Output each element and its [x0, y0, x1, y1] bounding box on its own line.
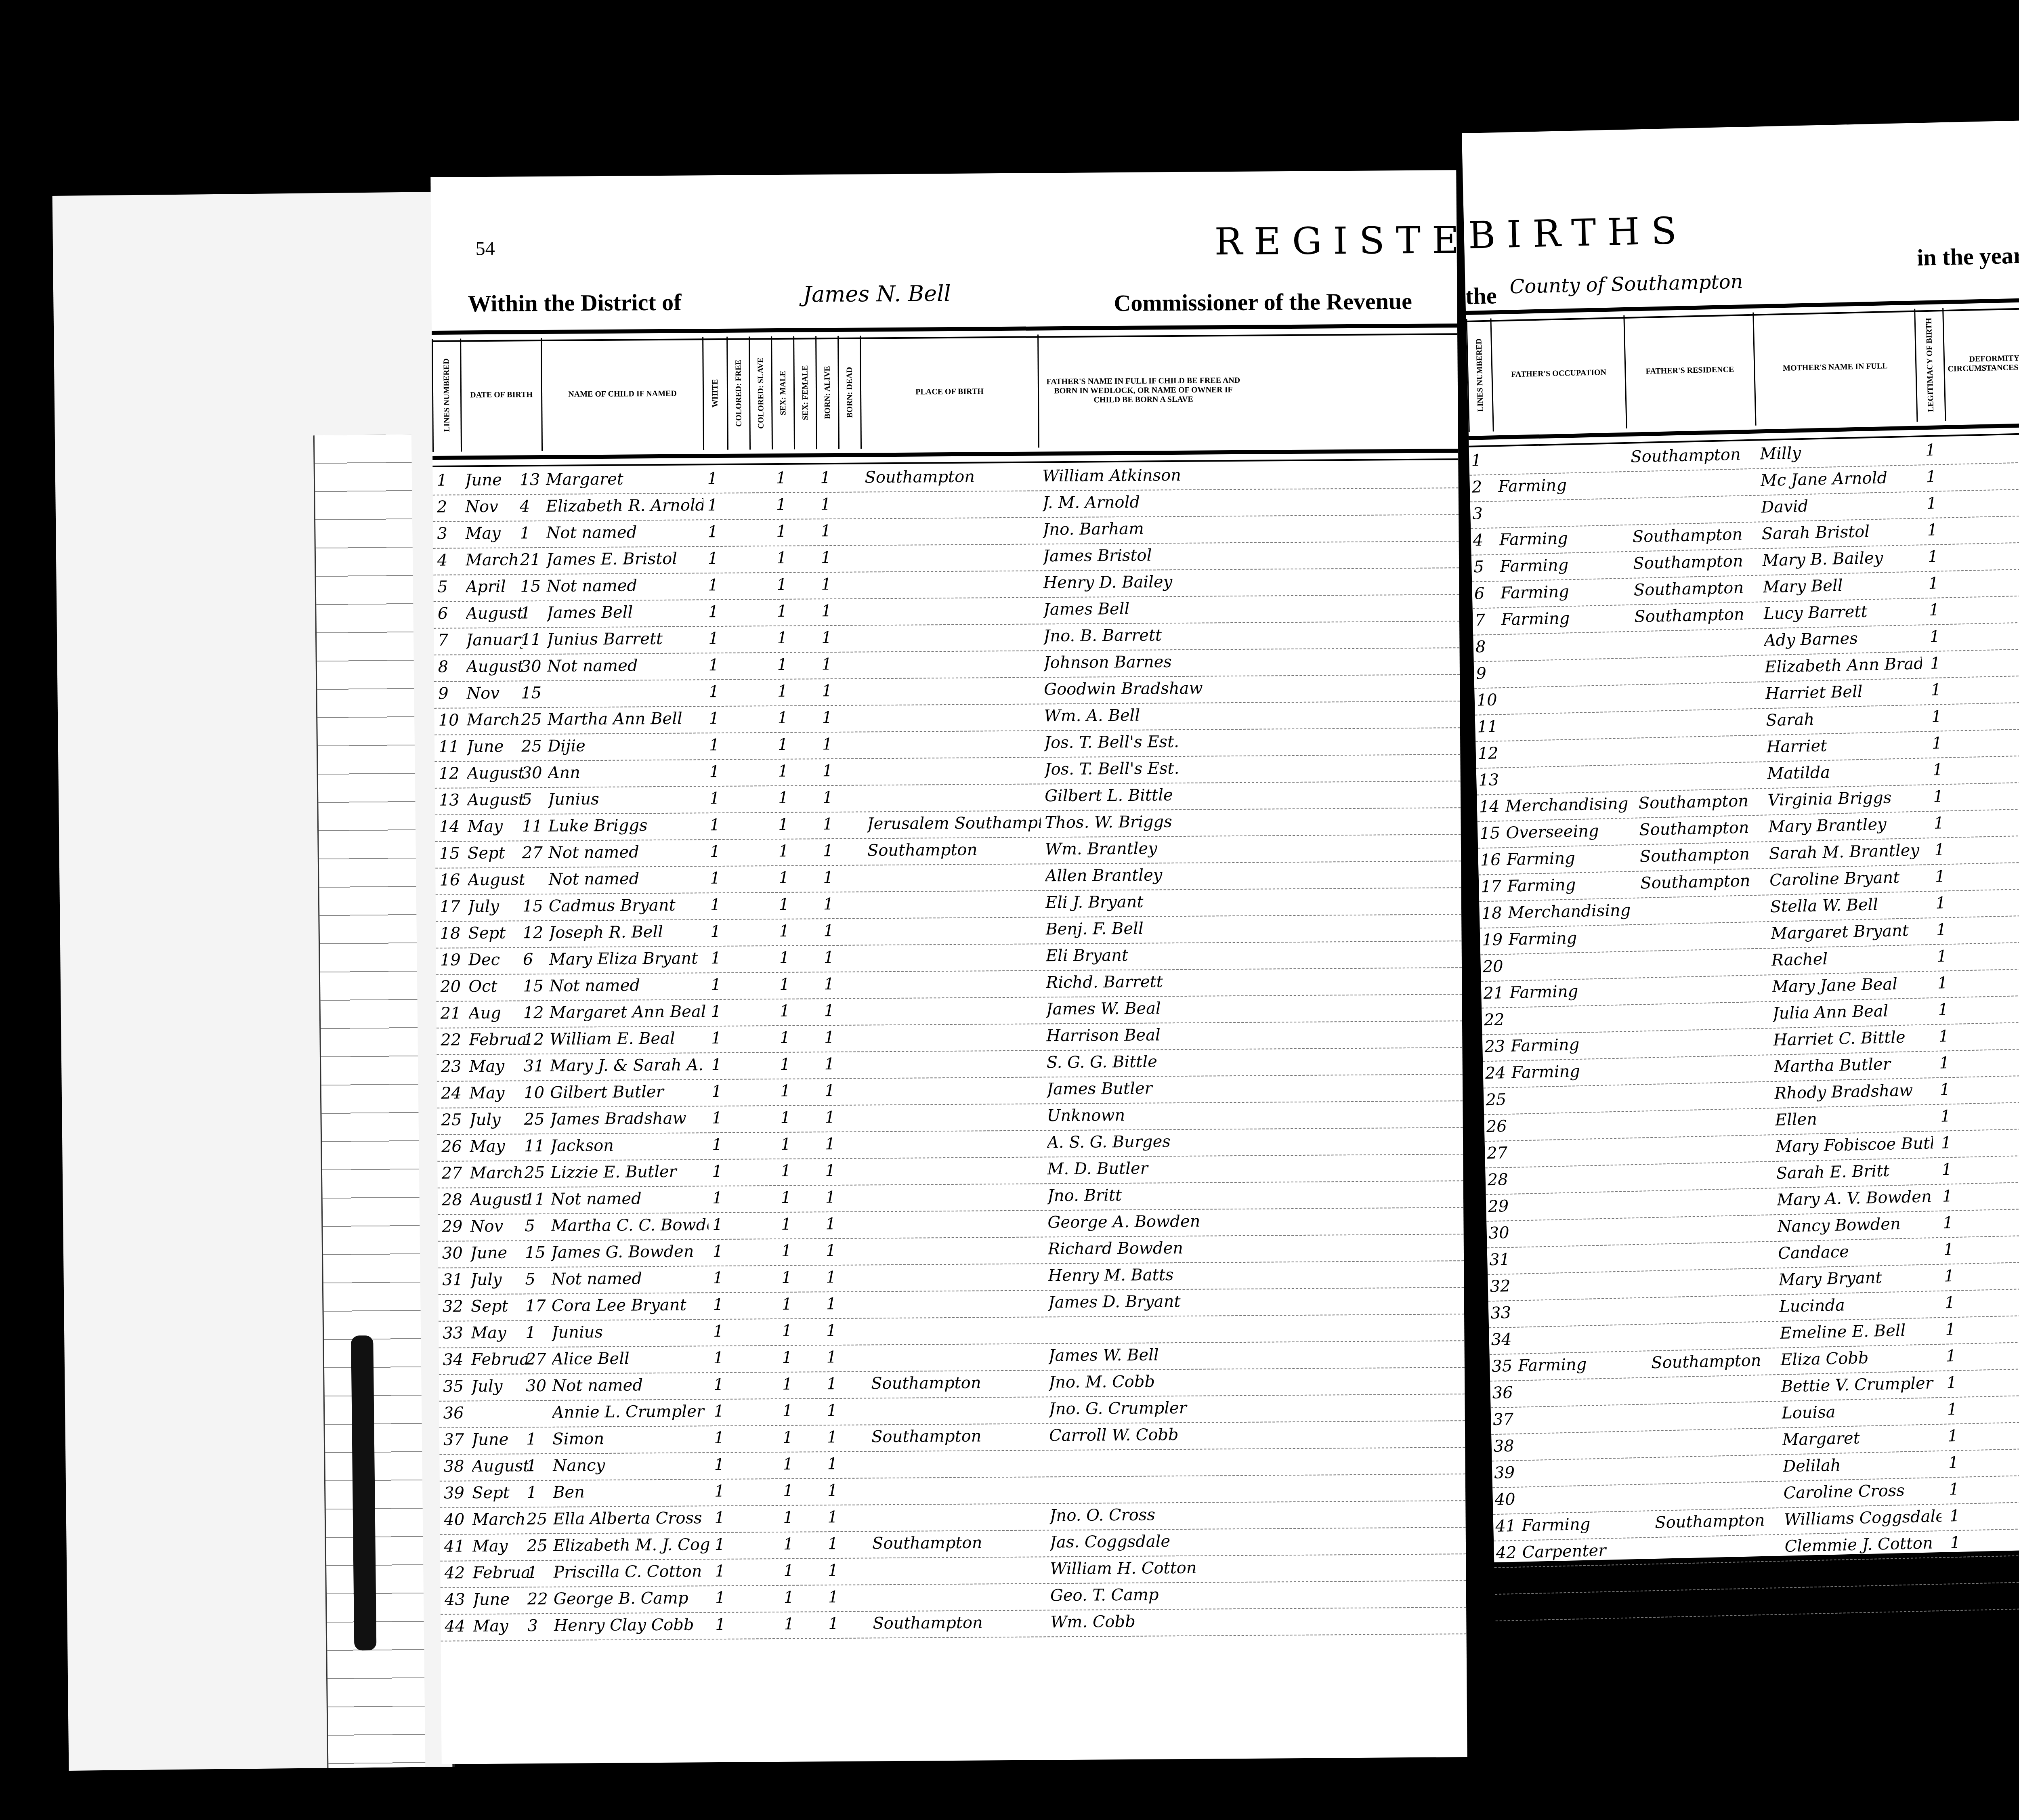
place-of-birth	[869, 1160, 1043, 1161]
sex-tally: 1	[781, 1188, 797, 1207]
white-tally: 1	[715, 1589, 731, 1607]
place-of-birth	[869, 1106, 1043, 1108]
sex-tally: 1	[776, 495, 792, 514]
child-name: Dijie	[548, 736, 705, 756]
birth-month: May	[469, 1083, 526, 1102]
father-occupation	[1512, 1087, 1641, 1090]
born-alive-tally: 1	[828, 1588, 844, 1606]
white-tally: 1	[711, 949, 727, 968]
line-number: 25	[1486, 1090, 1508, 1109]
born-alive-tally: 1	[825, 1055, 841, 1073]
line-number: 42	[444, 1564, 468, 1582]
right-col-5: Deformity or any Circumstances of Intere…	[1942, 305, 2019, 421]
white-tally: 1	[709, 709, 725, 728]
legitimacy-tally: 1	[1926, 467, 1942, 486]
left-page-number: 54	[475, 237, 495, 260]
legitimacy-tally: 1	[1925, 441, 1942, 460]
father-residence	[1643, 978, 1768, 980]
white-tally: 1	[708, 602, 724, 621]
father-residence	[1653, 1431, 1778, 1434]
birth-month: August	[472, 1457, 528, 1476]
father-or-owner: Wm. Brantley	[1045, 839, 1247, 859]
column-header-label: Colored: Slave	[756, 357, 766, 429]
sex-tally: 1	[779, 975, 795, 994]
father-or-owner	[1049, 1478, 1251, 1480]
place-of-birth	[867, 707, 1040, 708]
line-number: 29	[442, 1217, 466, 1236]
child-name: Gilbert Butler	[550, 1082, 707, 1102]
father-occupation: Farming	[1509, 981, 1639, 1002]
sex-tally: 1	[777, 549, 793, 567]
line-number: 31	[1489, 1250, 1512, 1269]
child-name: Margaret Ann Beal	[550, 1002, 707, 1022]
birth-day: 30	[526, 1377, 548, 1395]
birth-month: May	[472, 1537, 529, 1556]
father-or-owner: James Butler	[1047, 1079, 1249, 1098]
mother-name: Bettie V. Crumpler	[1781, 1374, 1939, 1396]
child-name: James Bradshaw	[550, 1109, 707, 1129]
place-of-birth	[867, 867, 1041, 868]
father-occupation	[1501, 634, 1631, 637]
father-occupation: Carpenter	[1522, 1540, 1652, 1562]
mother-name: Harriet Bell	[1765, 681, 1923, 703]
line-number: 38	[443, 1457, 468, 1476]
white-tally: 1	[714, 1429, 730, 1447]
white-tally: 1	[710, 896, 726, 914]
line-number: 19	[1482, 930, 1505, 949]
mother-name: Nancy Bowden	[1777, 1214, 1935, 1236]
place-of-birth	[865, 547, 1039, 548]
father-residence	[1646, 1138, 1771, 1140]
white-tally: 1	[712, 1136, 728, 1154]
line-number: 42	[1496, 1543, 1518, 1562]
birth-day: 5	[522, 790, 544, 809]
child-name: Jackson	[550, 1136, 708, 1155]
place-of-birth	[869, 1133, 1043, 1134]
legitimacy-tally: 1	[1929, 627, 1946, 646]
place-of-birth	[865, 493, 1039, 495]
legitimacy-tally: 1	[1943, 1240, 1960, 1259]
place-of-birth	[866, 653, 1040, 655]
white-tally: 1	[714, 1482, 730, 1501]
father-or-owner: Jno. O. Cross	[1049, 1505, 1251, 1525]
father-or-owner: S. G. G. Bittle	[1046, 1052, 1248, 1072]
father-or-owner: M. D. Butler	[1047, 1159, 1249, 1178]
father-residence: Southampton	[1639, 818, 1765, 839]
birth-month: Sept	[468, 924, 525, 943]
born-alive-tally: 1	[825, 1108, 841, 1127]
sex-tally: 1	[781, 1162, 797, 1180]
legitimacy-tally: 1	[1944, 1267, 1960, 1286]
birth-day: 12	[523, 1003, 546, 1022]
birth-day: 10	[524, 1083, 546, 1102]
birth-day: 12	[523, 1030, 546, 1049]
mother-name: Caroline Cross	[1783, 1480, 1941, 1503]
column-header-label: Father's Residence	[1645, 365, 1734, 376]
line-number: 19	[440, 951, 464, 969]
sex-tally: 1	[781, 1242, 798, 1260]
line-number: 4	[437, 551, 462, 569]
place-of-birth	[872, 1560, 1046, 1561]
born-alive-tally: 1	[824, 975, 840, 993]
father-occupation	[1516, 1274, 1645, 1276]
line-number: 35	[443, 1377, 467, 1396]
born-alive-tally: 1	[823, 788, 839, 807]
mother-name: Eliza Cobb	[1780, 1347, 1938, 1369]
father-occupation	[1515, 1247, 1645, 1250]
father-occupation	[1499, 501, 1628, 504]
place-of-birth	[872, 1480, 1045, 1481]
place-of-birth: Southampton	[871, 1426, 1045, 1446]
born-alive-tally: 1	[821, 522, 837, 540]
father-occupation	[1512, 1114, 1641, 1117]
mother-name: Mary Jane Beal	[1772, 974, 1930, 996]
child-name: Priscilla C. Cotton	[553, 1562, 711, 1582]
sex-tally: 1	[781, 1135, 797, 1154]
father-or-owner	[1049, 1452, 1251, 1453]
birth-month: May	[469, 1057, 526, 1076]
mother-name: Mary Bell	[1763, 575, 1920, 597]
birth-month: August	[468, 870, 524, 889]
legitimacy-tally: 1	[1935, 894, 1952, 913]
sex-tally: 1	[783, 1402, 799, 1420]
child-name: Luke Briggs	[548, 816, 705, 835]
father-or-owner: Jno. M. Cobb	[1049, 1372, 1251, 1392]
father-residence	[1641, 898, 1766, 901]
line-number: 32	[443, 1297, 467, 1316]
father-occupation: Farming	[1523, 1593, 1653, 1615]
column-header-label: Deformity or any Circumstances of Intere…	[1946, 353, 2019, 374]
column-header-label: Born: Alive	[823, 366, 832, 419]
child-name: Cadmus Bryant	[549, 896, 706, 915]
child-name: Not named	[547, 656, 705, 676]
place-of-birth	[866, 627, 1039, 628]
father-occupation	[1502, 661, 1631, 664]
line-number: 8	[1475, 637, 1498, 656]
white-tally: 1	[712, 1189, 728, 1207]
line-number: 6	[438, 604, 462, 623]
birth-month: March	[467, 710, 523, 729]
sex-tally: 1	[780, 1108, 796, 1127]
left-col-11: Father's Name in full if Child be free a…	[1037, 333, 1248, 448]
father-occupation: Farming	[1522, 1514, 1651, 1535]
legitimacy-tally: 1	[1939, 1054, 1956, 1073]
father-residence	[1652, 1404, 1778, 1407]
child-name: Mary J. & Sarah A. Bittle	[550, 1056, 707, 1075]
born-alive-tally: 1	[822, 708, 838, 727]
place-of-birth: Southampton	[867, 840, 1041, 860]
father-residence	[1654, 1484, 1779, 1487]
white-tally: 1	[708, 549, 724, 568]
line-number: 7	[438, 631, 462, 649]
white-tally: 1	[707, 523, 724, 541]
line-number: 33	[443, 1324, 467, 1342]
child-name: Alice Bell	[552, 1349, 709, 1369]
father-occupation: Farming	[1511, 1034, 1640, 1056]
commissioner-label: Commissioner of the Revenue	[1114, 288, 1412, 317]
binding-clip	[351, 1335, 376, 1651]
child-name: Simon	[552, 1429, 710, 1448]
birth-day: 25	[521, 737, 544, 756]
child-name: Junius	[548, 789, 705, 809]
line-number: 28	[442, 1190, 466, 1209]
mother-name: David	[1761, 495, 1919, 517]
line-number: 26	[1486, 1117, 1509, 1136]
father-residence	[1654, 1457, 1779, 1460]
sex-tally: 1	[777, 655, 793, 674]
father-residence	[1647, 1164, 1772, 1167]
left-col-2: Name of Child if Named	[541, 337, 703, 451]
birth-day: 1	[527, 1483, 549, 1502]
sex-tally: 1	[781, 1215, 797, 1234]
legitimacy-tally: 1	[1929, 600, 1946, 619]
line-number: 11	[1477, 717, 1500, 736]
legitimacy-tally: 1	[1940, 1080, 1956, 1099]
line-number: 37	[443, 1430, 468, 1449]
district-label: Within the District of	[468, 289, 681, 317]
birth-day: 1	[527, 1563, 549, 1582]
line-number: 34	[1491, 1330, 1513, 1349]
place-of-birth	[868, 920, 1041, 921]
line-number: 26	[441, 1137, 466, 1156]
father-occupation	[1505, 768, 1634, 770]
father-residence	[1632, 498, 1757, 501]
column-header-label: Date of Birth	[470, 390, 533, 400]
father-occupation: Farming	[1500, 581, 1630, 602]
birth-month: August	[466, 604, 523, 623]
father-residence: Southampton	[1640, 871, 1766, 892]
place-of-birth	[871, 1320, 1044, 1321]
father-or-owner: Johnson Barnes	[1044, 652, 1246, 672]
register-left-page: 54 REGISTE Within the District of James …	[430, 170, 1467, 1764]
sex-tally: 1	[784, 1615, 800, 1633]
white-tally: 1	[714, 1509, 730, 1527]
mother-name: Louisa	[1782, 1400, 1939, 1423]
line-number: 21	[441, 1004, 465, 1022]
father-residence: Southampton	[1633, 578, 1759, 600]
birth-month: July	[469, 1110, 526, 1129]
place-of-birth	[871, 1346, 1045, 1348]
underlying-page	[52, 192, 455, 1771]
father-or-owner: Benj. F. Bell	[1045, 919, 1247, 938]
line-number: 9	[1476, 664, 1499, 683]
born-alive-tally: 1	[825, 1161, 841, 1180]
line-number: 5	[437, 577, 462, 596]
birth-day: 27	[526, 1350, 548, 1369]
sex-tally: 1	[783, 1508, 799, 1527]
place-of-birth	[870, 1266, 1044, 1268]
father-occupation	[1521, 1487, 1650, 1490]
child-name: James E. Bristol	[546, 549, 704, 569]
sex-tally: 1	[779, 842, 795, 861]
line-number: 39	[1494, 1463, 1517, 1482]
mother-name: Williams Coggsdale	[1784, 1507, 1942, 1529]
child-name: Ben	[553, 1482, 710, 1502]
birth-month: January	[466, 630, 523, 649]
birth-day: 25	[524, 1163, 546, 1182]
birth-day: 6	[523, 950, 545, 969]
birth-month: June	[473, 1590, 529, 1609]
line-number: 44	[1497, 1597, 1519, 1616]
birth-month: Sept	[472, 1483, 529, 1502]
birth-day: 27	[522, 844, 544, 862]
line-number: 12	[439, 764, 463, 783]
child-name: Nancy	[552, 1455, 710, 1475]
birth-day: 25	[521, 710, 544, 729]
left-col-5: Colored: Slave	[749, 336, 772, 449]
father-or-owner: Eli J. Bryant	[1045, 892, 1247, 912]
birth-day: 25	[524, 1110, 546, 1129]
father-occupation	[1510, 1008, 1639, 1010]
birth-month: February	[469, 1030, 525, 1049]
line-number: 14	[439, 817, 463, 836]
born-alive-tally: 1	[824, 1028, 840, 1047]
line-number: 16	[1480, 850, 1503, 869]
child-name: William E. Beal	[550, 1029, 707, 1049]
father-or-owner: Jas. Coggsdale	[1050, 1532, 1252, 1551]
sex-tally: 1	[778, 815, 794, 834]
mother-name: Delilah	[1783, 1454, 1941, 1476]
legitimacy-tally: 1	[1932, 734, 1948, 753]
child-name: Mary Eliza Bryant	[549, 949, 707, 969]
father-residence	[1641, 924, 1767, 927]
white-tally: 1	[714, 1375, 730, 1394]
father-residence	[1652, 1377, 1777, 1380]
place-of-birth	[867, 787, 1041, 788]
line-number: 44	[445, 1617, 469, 1635]
sex-tally: 1	[783, 1535, 800, 1553]
column-header-label: Mother's Name in Full	[1783, 361, 1888, 373]
sex-tally: 1	[779, 922, 795, 940]
born-alive-tally: 1	[821, 495, 837, 514]
left-column-headers: Lines NumberedDate of BirthName of Child…	[432, 332, 1458, 452]
place-of-birth	[869, 1000, 1042, 1001]
white-tally: 1	[712, 1162, 728, 1181]
birth-day: 11	[525, 1190, 547, 1209]
line-number: 6	[1474, 584, 1496, 603]
father-or-owner	[1048, 1318, 1250, 1320]
mother-name: Lucinda	[1779, 1294, 1937, 1316]
father-or-owner: A. S. G. Burges	[1047, 1132, 1249, 1152]
white-tally: 1	[712, 1215, 728, 1234]
legitimacy-tally: 1	[1927, 494, 1943, 513]
child-name: Junius	[552, 1322, 709, 1342]
birth-month: August	[467, 764, 523, 783]
birth-month: March	[472, 1510, 529, 1529]
father-occupation	[1519, 1407, 1648, 1410]
place-of-birth: Southampton	[872, 1533, 1046, 1553]
father-or-owner: James D. Bryant	[1048, 1292, 1250, 1312]
legitimacy-tally: 1	[1945, 1320, 1962, 1339]
child-name: Not named	[548, 869, 706, 889]
father-or-owner: Harrison Beal	[1046, 1025, 1248, 1045]
place-of-birth	[865, 573, 1039, 575]
father-or-owner: Carroll W. Cobb	[1049, 1425, 1251, 1445]
child-name: Martha Ann Bell	[548, 709, 705, 729]
father-residence	[1642, 951, 1767, 954]
birth-day: 25	[527, 1510, 549, 1528]
line-number: 30	[1488, 1224, 1511, 1243]
father-residence	[1643, 1004, 1768, 1007]
sex-tally: 1	[777, 575, 793, 594]
mother-name: Candace	[1778, 1241, 1936, 1263]
sex-tally: 1	[784, 1588, 800, 1607]
mother-name: Ellen	[1775, 1107, 1933, 1129]
line-number: 38	[1493, 1437, 1516, 1456]
mother-name: Martha Butler	[1773, 1054, 1931, 1076]
column-header-label: Sex: Male	[778, 370, 788, 415]
line-number: 27	[1487, 1144, 1509, 1163]
father-residence	[1644, 1031, 1769, 1034]
birth-month: March	[466, 550, 522, 569]
white-tally: 1	[709, 789, 726, 808]
mother-name: Rhody Bradshaw	[1774, 1081, 1932, 1103]
birth-month: June	[470, 1243, 527, 1262]
father-occupation	[1503, 688, 1632, 691]
line-number: 30	[442, 1244, 466, 1262]
child-name: Margaret	[546, 469, 703, 489]
child-name: Henry Clay Cobb	[554, 1615, 711, 1635]
white-tally: 1	[708, 629, 724, 648]
birth-day: 30	[521, 764, 544, 782]
place-of-birth	[868, 973, 1042, 974]
father-occupation	[1513, 1141, 1642, 1144]
father-residence: Southampton	[1656, 1591, 1782, 1612]
father-or-owner: Gilbert L. Bittle	[1045, 785, 1247, 805]
birth-month: August	[466, 657, 523, 676]
father-or-owner: James Bristol	[1043, 546, 1245, 565]
place-of-birth	[870, 1240, 1044, 1241]
birth-month: Nov	[470, 1217, 527, 1236]
father-occupation: Merchandising	[1505, 794, 1635, 816]
legitimacy-tally: 1	[1951, 1587, 1968, 1606]
birth-day: 17	[525, 1297, 548, 1315]
father-occupation: Farming	[1523, 1567, 1652, 1588]
birth-month: June	[465, 470, 521, 489]
legitimacy-tally: 1	[1946, 1347, 1962, 1366]
white-tally: 1	[715, 1562, 731, 1581]
birth-month: June	[467, 737, 523, 756]
birth-day: 21	[520, 550, 542, 569]
father-occupation: Farming	[1518, 1354, 1648, 1375]
sex-tally: 1	[778, 709, 794, 727]
line-number: 24	[441, 1084, 465, 1102]
father-occupation: Farming	[1507, 874, 1637, 896]
born-alive-tally: 1	[827, 1375, 843, 1393]
line-number: 10	[439, 711, 463, 729]
place-of-birth	[870, 1213, 1043, 1214]
place-of-birth	[869, 1080, 1043, 1081]
white-tally: 1	[711, 1029, 727, 1047]
white-tally: 1	[710, 922, 726, 941]
father-residence: Southampton	[1638, 791, 1764, 812]
born-alive-tally: 1	[825, 1135, 841, 1153]
born-alive-tally: 1	[823, 868, 839, 887]
legitimacy-tally: 1	[1936, 920, 1953, 939]
birth-month: Aug	[469, 1003, 525, 1022]
mother-name: Sarah	[1766, 707, 1924, 730]
mother-name: Harriet	[1766, 734, 1924, 756]
left-col-8: Born: Alive	[815, 336, 838, 449]
born-alive-tally: 1	[828, 1614, 844, 1633]
line-number: 18	[1481, 904, 1504, 923]
mother-name: Mary Bryant	[1778, 1267, 1936, 1289]
birth-month: August	[470, 1190, 527, 1209]
father-residence	[1650, 1324, 1776, 1327]
father-or-owner: Wm. Cobb	[1050, 1612, 1252, 1631]
sex-tally: 1	[779, 869, 795, 887]
white-tally: 1	[711, 1056, 728, 1074]
